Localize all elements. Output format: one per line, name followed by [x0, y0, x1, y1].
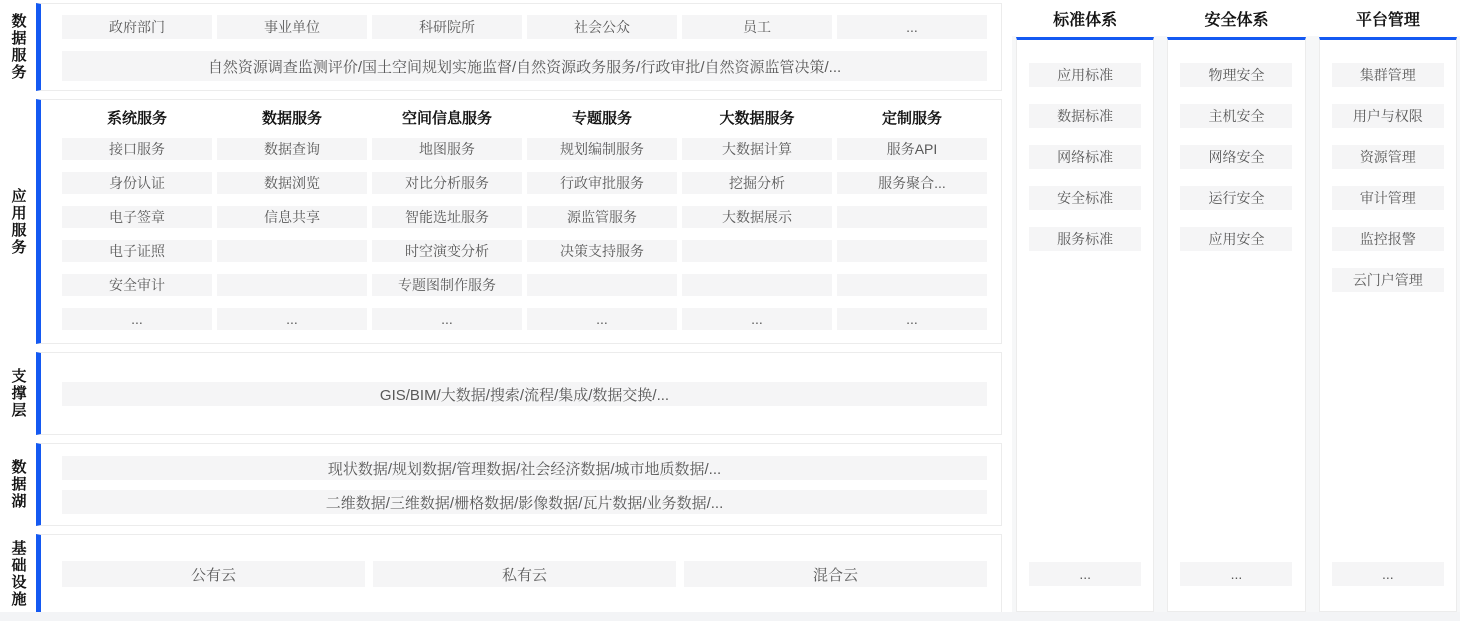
cloud-cell: 私有云	[373, 561, 676, 587]
data-lake-layer-label: 数据湖	[0, 443, 36, 526]
security-item: 运行安全	[1180, 186, 1292, 210]
platform-item: 集群管理	[1332, 63, 1444, 87]
platform-item: 用户与权限	[1332, 104, 1444, 128]
application-service-layer-label: 应用服务	[0, 99, 36, 344]
service-cell: 电子证照	[62, 240, 212, 262]
service-cell: 数据查询	[217, 138, 367, 160]
service-cell: 挖掘分析	[682, 172, 832, 194]
support-layer-label: 支撑层	[0, 352, 36, 435]
service-cell: 服务API	[837, 138, 987, 160]
layer-stack: 数据服务 政府部门 事业单位 科研院所 社会公众 员工 ... 自然资源调查监测…	[0, 3, 1002, 613]
service-cell: 专题图制作服务	[372, 274, 522, 296]
service-cell: 服务聚合...	[837, 172, 987, 194]
security-item: 网络安全	[1180, 145, 1292, 169]
user-type-cell: 社会公众	[527, 15, 677, 39]
security-item: 应用安全	[1180, 227, 1292, 251]
service-category-header: 空间信息服务	[372, 108, 522, 126]
service-cell: 电子签章	[62, 206, 212, 228]
service-cell: 源监管服务	[527, 206, 677, 228]
service-cell: 信息共享	[217, 206, 367, 228]
platform-more-cell: ...	[1332, 562, 1444, 586]
service-cell	[217, 240, 367, 262]
pillar-standard-system: 标准体系 应用标准 数据标准 网络标准 安全标准 服务标准 ...	[1016, 0, 1154, 612]
platform-management-title: 平台管理	[1319, 0, 1457, 37]
architecture-diagram: 数据服务 政府部门 事业单位 科研院所 社会公众 员工 ... 自然资源调查监测…	[0, 0, 1460, 621]
standard-item: 数据标准	[1029, 104, 1141, 128]
service-cell: 大数据展示	[682, 206, 832, 228]
section-support-layer: 支撑层 GIS/BIM/大数据/搜索/流程/集成/数据交换/...	[0, 352, 1002, 435]
support-capabilities-box: GIS/BIM/大数据/搜索/流程/集成/数据交换/...	[62, 382, 987, 406]
data-service-panel: 政府部门 事业单位 科研院所 社会公众 员工 ... 自然资源调查监测评价/国土…	[36, 3, 1002, 91]
service-category-header: 数据服务	[217, 108, 367, 126]
service-more-cell: ...	[527, 308, 677, 330]
service-cell: 大数据计算	[682, 138, 832, 160]
section-application-service: 应用服务 系统服务 数据服务 空间信息服务 专题服务 大数据服务 定制服务 接口…	[0, 99, 1002, 344]
service-category-header: 定制服务	[837, 108, 987, 126]
application-services-grid: 系统服务 数据服务 空间信息服务 专题服务 大数据服务 定制服务 接口服务 数据…	[62, 100, 987, 330]
data-service-layer-label: 数据服务	[0, 3, 36, 91]
standard-item: 应用标准	[1029, 63, 1141, 87]
service-cell	[527, 274, 677, 296]
standard-more-cell: ...	[1029, 562, 1141, 586]
platform-item: 云门户管理	[1332, 268, 1444, 292]
service-cell: 数据浏览	[217, 172, 367, 194]
service-cell: 对比分析服务	[372, 172, 522, 194]
bottom-background-strip	[0, 612, 1460, 621]
platform-item: 监控报警	[1332, 227, 1444, 251]
user-type-cell: 政府部门	[62, 15, 212, 39]
service-cell: 地图服务	[372, 138, 522, 160]
service-category-header: 系统服务	[62, 108, 212, 126]
service-cell: 智能选址服务	[372, 206, 522, 228]
application-service-panel: 系统服务 数据服务 空间信息服务 专题服务 大数据服务 定制服务 接口服务 数据…	[36, 99, 1002, 344]
system-pillars: 标准体系 应用标准 数据标准 网络标准 安全标准 服务标准 ... 安全体系 物…	[1016, 0, 1457, 612]
pillar-security-system: 安全体系 物理安全 主机安全 网络安全 运行安全 应用安全 ...	[1167, 0, 1305, 612]
data-lake-row: 现状数据/规划数据/管理数据/社会经济数据/城市地质数据/...	[62, 456, 987, 480]
service-cell	[217, 274, 367, 296]
standard-system-title: 标准体系	[1016, 0, 1154, 37]
service-category-header: 大数据服务	[682, 108, 832, 126]
user-type-cell: 事业单位	[217, 15, 367, 39]
service-cell	[837, 274, 987, 296]
security-item: 主机安全	[1180, 104, 1292, 128]
pillar-platform-management: 平台管理 集群管理 用户与权限 资源管理 审计管理 监控报警 云门户管理 ...	[1319, 0, 1457, 612]
business-scenarios-box: 自然资源调查监测评价/国土空间规划实施监督/自然资源政务服务/行政审批/自然资源…	[62, 51, 987, 81]
service-more-cell: ...	[372, 308, 522, 330]
service-cell: 接口服务	[62, 138, 212, 160]
data-lake-rows: 现状数据/规划数据/管理数据/社会经济数据/城市地质数据/... 二维数据/三维…	[62, 444, 987, 514]
infrastructure-panel: 公有云 私有云 混合云	[36, 534, 1002, 613]
service-category-header: 专题服务	[527, 108, 677, 126]
user-type-cell: 科研院所	[372, 15, 522, 39]
service-more-cell: ...	[682, 308, 832, 330]
security-item: 物理安全	[1180, 63, 1292, 87]
standard-item: 安全标准	[1029, 186, 1141, 210]
cloud-cell: 公有云	[62, 561, 365, 587]
service-cell: 身份认证	[62, 172, 212, 194]
security-more-cell: ...	[1180, 562, 1292, 586]
platform-management-panel: 集群管理 用户与权限 资源管理 审计管理 监控报警 云门户管理 ...	[1319, 37, 1457, 612]
standard-item: 服务标准	[1029, 227, 1141, 251]
service-cell: 决策支持服务	[527, 240, 677, 262]
infrastructure-layer-label: 基础设施	[0, 534, 36, 613]
clouds-row: 公有云 私有云 混合云	[62, 535, 987, 587]
data-lake-row: 二维数据/三维数据/栅格数据/影像数据/瓦片数据/业务数据/...	[62, 490, 987, 514]
platform-item: 审计管理	[1332, 186, 1444, 210]
service-more-cell: ...	[62, 308, 212, 330]
data-lake-panel: 现状数据/规划数据/管理数据/社会经济数据/城市地质数据/... 二维数据/三维…	[36, 443, 1002, 526]
service-cell	[837, 206, 987, 228]
service-cell: 行政审批服务	[527, 172, 677, 194]
service-more-cell: ...	[837, 308, 987, 330]
platform-item: 资源管理	[1332, 145, 1444, 169]
user-type-cell: 员工	[682, 15, 832, 39]
service-cell	[682, 240, 832, 262]
service-cell: 安全审计	[62, 274, 212, 296]
standard-system-panel: 应用标准 数据标准 网络标准 安全标准 服务标准 ...	[1016, 37, 1154, 612]
service-cell	[682, 274, 832, 296]
user-type-cell: ...	[837, 15, 987, 39]
service-cell: 规划编制服务	[527, 138, 677, 160]
service-cell	[837, 240, 987, 262]
section-data-service: 数据服务 政府部门 事业单位 科研院所 社会公众 员工 ... 自然资源调查监测…	[0, 3, 1002, 91]
section-infrastructure: 基础设施 公有云 私有云 混合云	[0, 534, 1002, 613]
section-data-lake: 数据湖 现状数据/规划数据/管理数据/社会经济数据/城市地质数据/... 二维数…	[0, 443, 1002, 526]
security-system-title: 安全体系	[1167, 0, 1305, 37]
service-cell: 时空演变分析	[372, 240, 522, 262]
security-system-panel: 物理安全 主机安全 网络安全 运行安全 应用安全 ...	[1167, 37, 1305, 612]
service-more-cell: ...	[217, 308, 367, 330]
standard-item: 网络标准	[1029, 145, 1141, 169]
support-layer-panel: GIS/BIM/大数据/搜索/流程/集成/数据交换/...	[36, 352, 1002, 435]
cloud-cell: 混合云	[684, 561, 987, 587]
user-types-row: 政府部门 事业单位 科研院所 社会公众 员工 ...	[62, 15, 987, 39]
